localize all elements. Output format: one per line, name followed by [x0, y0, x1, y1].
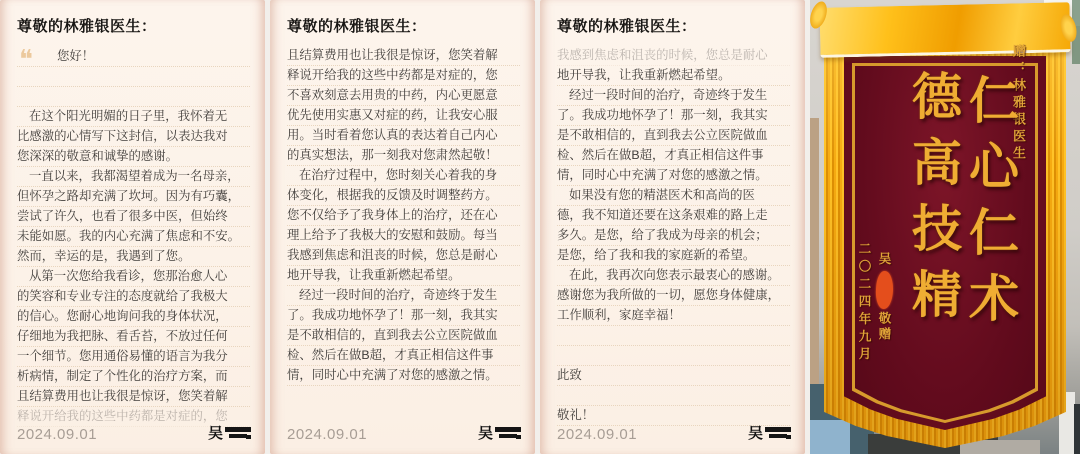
letter-line: 情，同时心中充满了对您的感激之情。 [557, 166, 790, 186]
letter-line [17, 67, 250, 87]
letter-salutation: 尊敬的林雅银医生： [287, 16, 520, 42]
letter-line: 优先使用实惠又对症的药，让我安心服 [287, 106, 520, 126]
letter-date: 2024.09.01 [17, 426, 97, 443]
letter-page-3-content: 尊敬的林雅银医生： 我感到焦虑和沮丧的时候，您总是耐心地开导我，让我重新燃起希望… [540, 0, 805, 426]
letter-line: 是不敢相信的，直到我去公立医院做血 [287, 326, 520, 346]
letter-line: 工作顺利，家庭幸福！ [557, 306, 790, 326]
letter-line: 在此，我再次向您表示最衷心的感谢。 [557, 266, 790, 286]
letter-line: 您不仅给予了我身体上的治疗，还在心 [287, 206, 520, 226]
letter-line: 体变化，根据我的反馈及时调整药方。 [287, 186, 520, 206]
signature-watermark: 吴 [748, 422, 791, 443]
letter-body: ❝您好！在这个阳光明媚的日子里，我怀着无比感激的心情写下这封信，以表达我对您深深… [17, 47, 250, 427]
greeting-text: 您好！ [57, 47, 94, 66]
letter-line: 我感到焦虑和沮丧的时候，您总是耐心 [557, 46, 790, 66]
letter-line: 一个细节。您用通俗易懂的语言为我分 [17, 347, 250, 367]
signature-watermark: 吴 [478, 422, 521, 443]
letter-line: 德，我不知道还要在这条艰难的路上走 [557, 206, 790, 226]
pennant-date: 二〇二四年九月 [855, 242, 873, 392]
letter-line: 经过一段时间的治疗，奇迹终于发生 [287, 286, 520, 306]
letter-line [557, 326, 790, 346]
letter-page-1-content: 尊敬的林雅银医生： ❝您好！在这个阳光明媚的日子里，我怀着无比感激的心情写下这封… [0, 0, 265, 427]
letter-line: 您深深的敬意和诚挚的感谢。 [17, 147, 250, 167]
letter-line: 情，同时心中充满了对您的感激之情。 [287, 366, 520, 386]
letter-line: 了。我成功地怀孕了！那一刻，我其实 [287, 306, 520, 326]
letter-line: 尝试了许久，也看了很多中医，但始终 [17, 207, 250, 227]
pennant-photo: 赠：林雅银医生 仁心仁术 德高技精 二〇二四年九月 吴敬赠 [810, 0, 1080, 454]
letter-page-2: 尊敬的林雅银医生： 且结算费用也让我很是惊讶，您笑着解释说开给我的这些中药都是对… [270, 0, 535, 454]
redaction-bars-icon [495, 425, 521, 440]
letter-line: 不喜欢刻意去用贵的中药，内心更愿意 [287, 86, 520, 106]
letter-line: 了。我成功地怀孕了！那一刻，我其实 [557, 106, 790, 126]
quote-icon: ❝ [19, 53, 33, 67]
letter-salutation: 尊敬的林雅银医生： [17, 16, 250, 42]
letter-line: 多久。是您，给了我成为母亲的机会； [557, 226, 790, 246]
signer-surname: 吴 [748, 422, 763, 443]
letter-salutation: 尊敬的林雅银医生： [557, 16, 790, 42]
letter-line: 经过一段时间的治疗，奇迹终于发生 [557, 86, 790, 106]
letter-line: 地开导我，让我重新燃起希望。 [557, 66, 790, 86]
letter-line: 且结算费用也让我很是惊讶，您笑着解 [287, 46, 520, 66]
letter-line: 用。当时看着您认真的表达着自己内心 [287, 126, 520, 146]
letter-line: 如果没有您的精湛医术和高尚的医 [557, 186, 790, 206]
pennant-main-text-left: 德高技精 [897, 70, 969, 390]
letter-line: 的笑容和专业专注的态度就给了我极大 [17, 287, 250, 307]
letter-line: 的信心。您耐心地询问我的身体状况， [17, 307, 250, 327]
letter-line: 是不敢相信的，直到我去公立医院做血 [557, 126, 790, 146]
redaction-bars-icon [765, 425, 791, 440]
redaction-bars-icon [225, 425, 251, 440]
signer-surname: 吴 [478, 422, 493, 443]
letter-date: 2024.09.01 [287, 426, 367, 443]
letter-line: 理上给予了我极大的安慰和鼓励。每当 [287, 226, 520, 246]
letter-line: 析病情，制定了个性化的治疗方案，而 [17, 367, 250, 387]
letter-line: 在治疗过程中，您时刻关心着我的身 [287, 166, 520, 186]
letter-line: 地开导我，让我重新燃起希望。 [287, 266, 520, 286]
letter-line: 且结算费用也让我很是惊讶，您笑着解 [17, 387, 250, 407]
letter-line: 我感到焦虑和沮丧的时候，您总是耐心 [287, 246, 520, 266]
pennant-signer: 吴敬赠 [875, 252, 893, 392]
photo-background-object [810, 420, 850, 454]
letter-line: 是您，给了我和我的家庭新的希望。 [557, 246, 790, 266]
letter-line: 在这个阳光明媚的日子里，我怀着无 [17, 107, 250, 127]
pennant-signer-suffix: 敬赠 [877, 312, 892, 343]
letter-line: 从第一次您给我看诊，您那治愈人心 [17, 267, 250, 287]
letter-line: 感谢您为我所做的一切，愿您身体健康， [557, 286, 790, 306]
letter-body: 且结算费用也让我很是惊讶，您笑着解释说开给我的这些中药都是对症的，您不喜欢刻意去… [287, 46, 520, 386]
signature-watermark: 吴 [208, 422, 251, 443]
letter-page-1: 尊敬的林雅银医生： ❝您好！在这个阳光明媚的日子里，我怀着无比感激的心情写下这封… [0, 0, 265, 454]
letter-line [557, 346, 790, 366]
letter-line: 一直以来，我都渴望着成为一名母亲， [17, 167, 250, 187]
letter-line: 检、然后在做B超，才真正相信这件事 [287, 346, 520, 366]
pennant-signer-surname: 吴 [877, 252, 892, 268]
letter-line: 比感激的心情写下这封信，以表达我对 [17, 127, 250, 147]
photo-doorframe [810, 118, 819, 418]
pennant-hanging-band [819, 2, 1070, 58]
letter-page-3: 尊敬的林雅银医生： 我感到焦虑和沮丧的时候，您总是耐心地开导我，让我重新燃起希望… [540, 0, 805, 454]
thank-you-letter-collage: 尊敬的林雅银医生： ❝您好！在这个阳光明媚的日子里，我怀着无比感激的心情写下这封… [0, 0, 1080, 454]
letter-line [17, 87, 250, 107]
letter-line: 检、然后在做B超，才真正相信这件事 [557, 146, 790, 166]
letter-page-2-content: 尊敬的林雅银医生： 且结算费用也让我很是惊讶，您笑着解释说开给我的这些中药都是对… [270, 0, 535, 386]
letter-line: 仔细地为我把脉、看舌苔，不放过任何 [17, 327, 250, 347]
letter-body: 我感到焦虑和沮丧的时候，您总是耐心地开导我，让我重新燃起希望。经过一段时间的治疗… [557, 46, 790, 426]
photo-background-object [1074, 404, 1080, 454]
letter-line: 未能如愿。我的内心充满了焦虑和不安。 [17, 227, 250, 247]
letter-date: 2024.09.01 [557, 426, 637, 443]
letter-line: 的真实想法，那一刻我对您肃然起敬！ [287, 146, 520, 166]
letter-line: 此致 [557, 366, 790, 386]
letter-line: 然而，幸运的是，我遇到了您。 [17, 247, 250, 267]
letter-line: ❝您好！ [17, 47, 250, 67]
signer-surname: 吴 [208, 422, 223, 443]
letter-line: 但怀孕之路却充满了坎坷。因为有巧囊， [17, 187, 250, 207]
name-redaction-scribble [875, 270, 894, 309]
letter-line [557, 386, 790, 406]
letter-line: 释说开给我的这些中药都是对症的，您 [287, 66, 520, 86]
